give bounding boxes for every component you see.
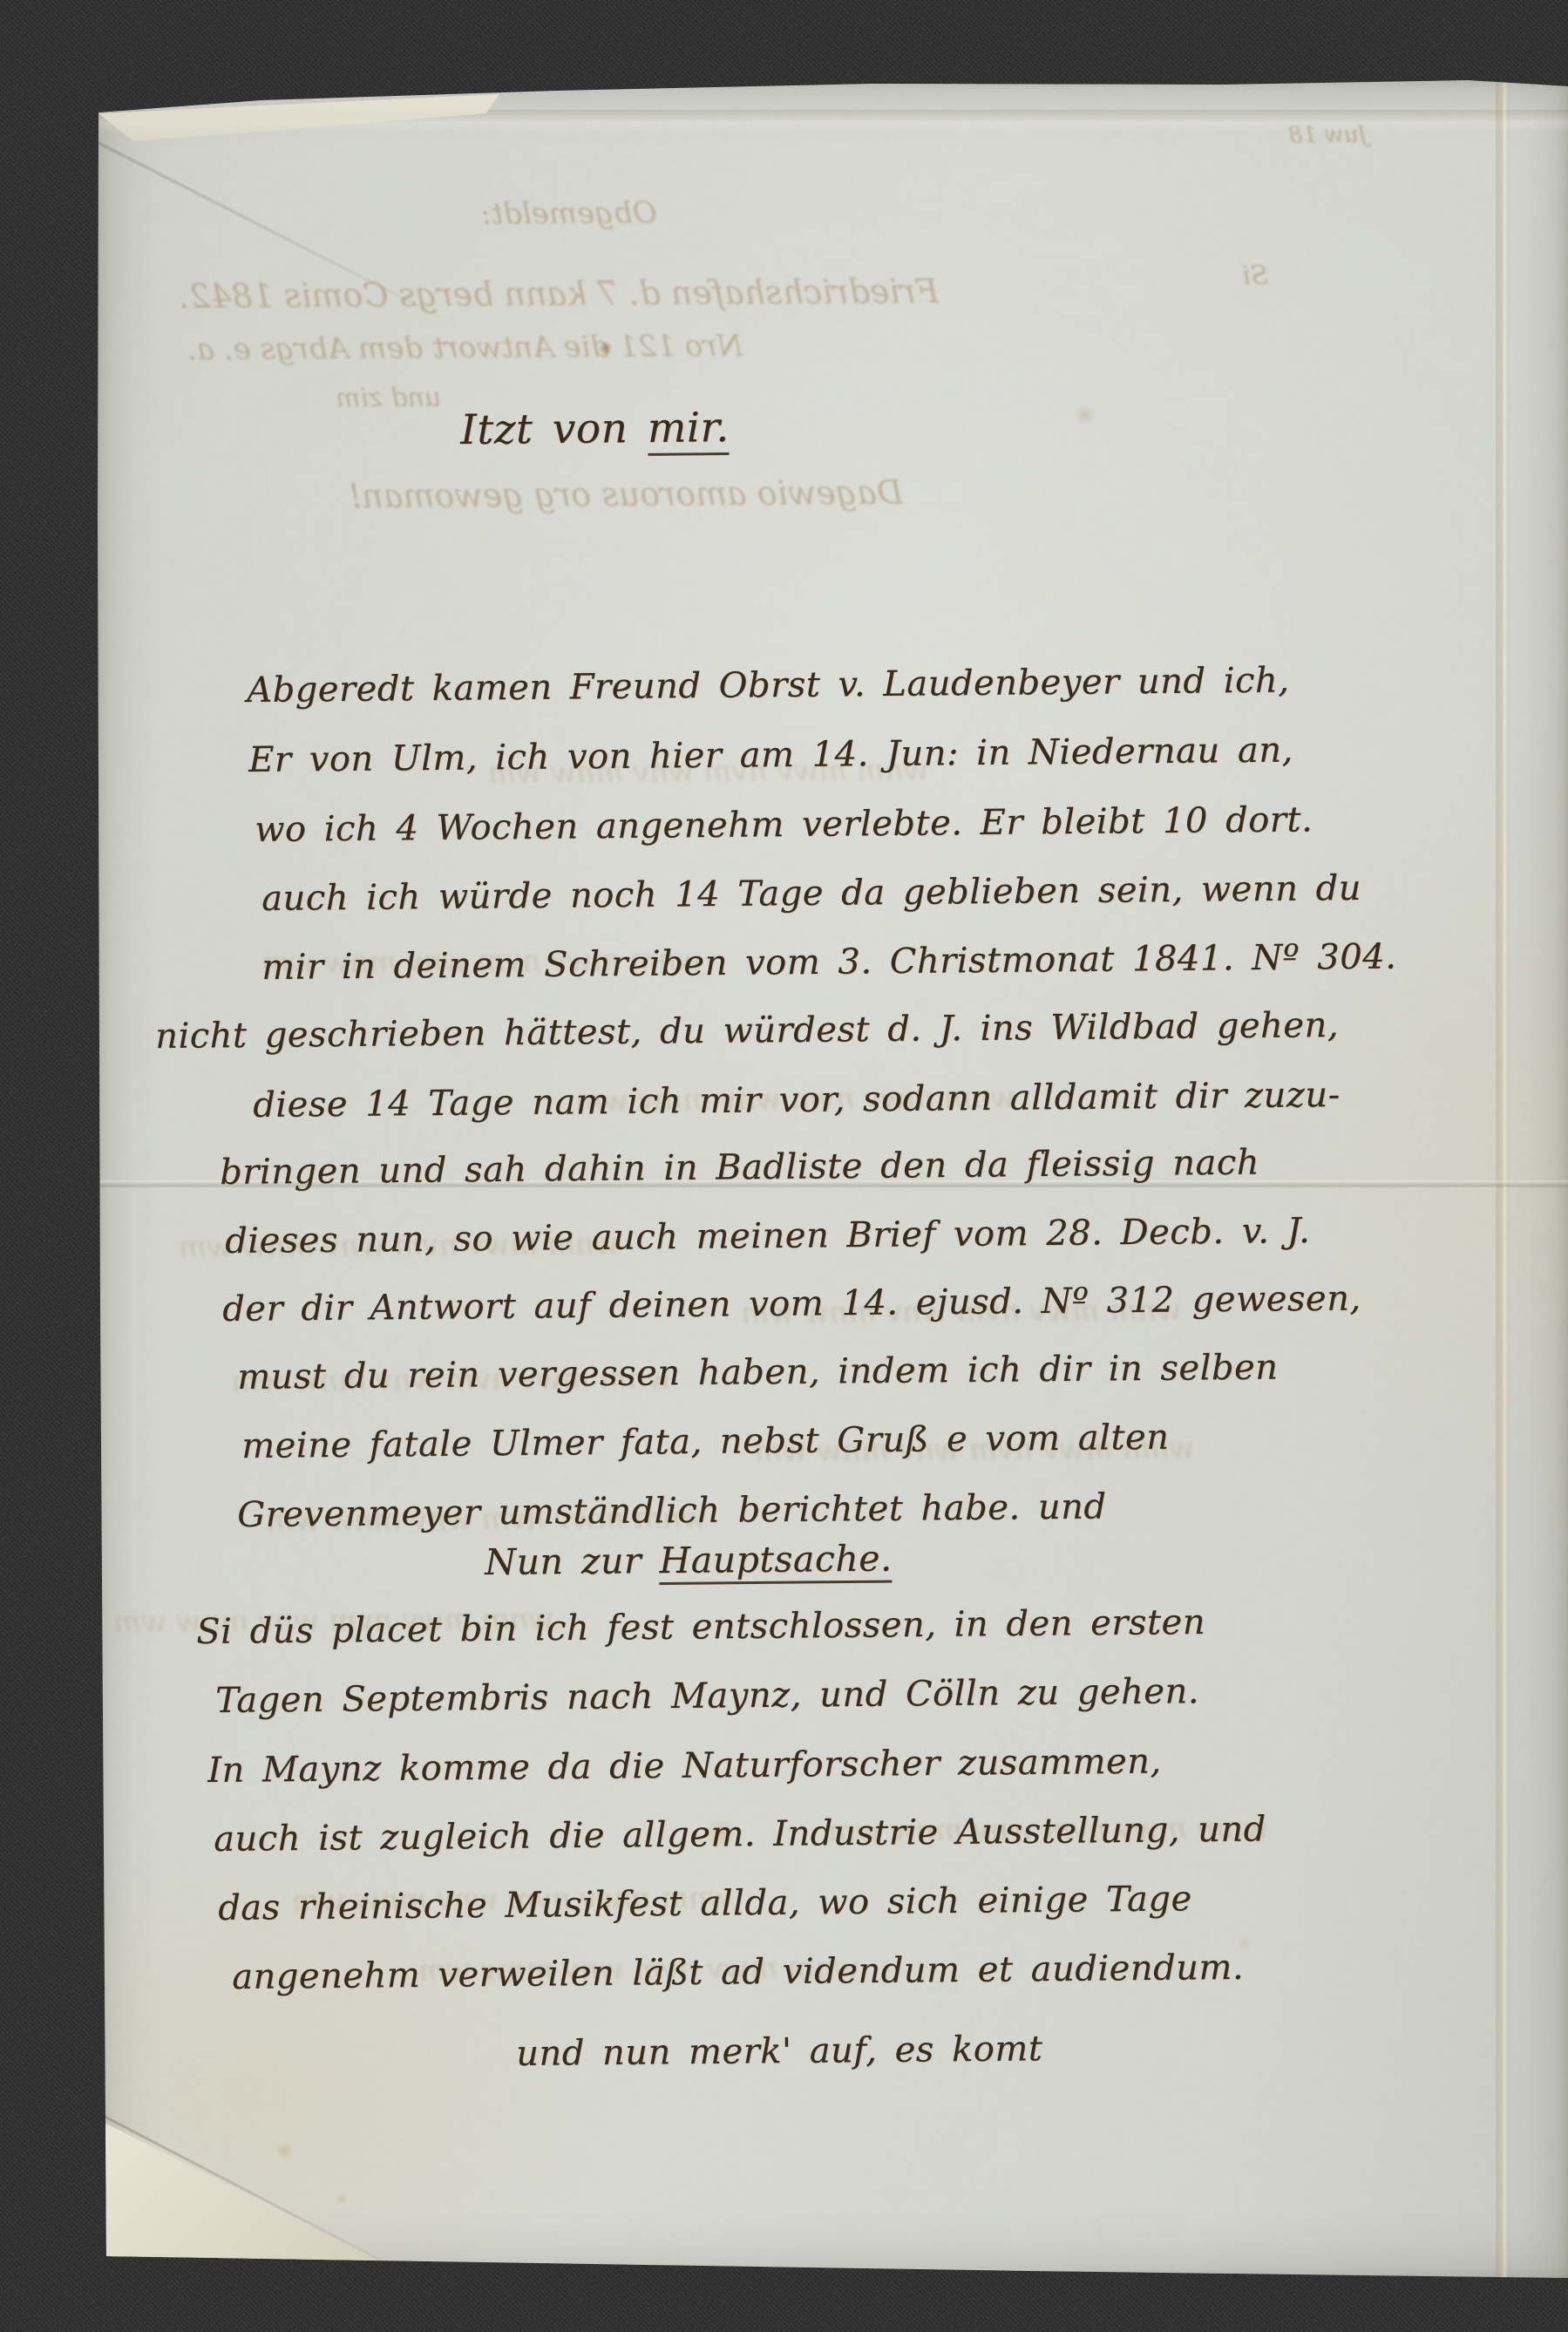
handwriting-line: Er von Ulm, ich von hier am 14. Jun: in …	[248, 732, 1293, 778]
bleedthrough-line: Nro 121 die Antwort dem Abrgs e. a.	[187, 331, 743, 364]
handwriting-line: Tagen Septembris nach Maynz, und Cölln z…	[215, 1674, 1199, 1718]
handwriting-line: In Maynz komme da die Naturforscher zusa…	[207, 1744, 1162, 1788]
handwriting-line: auch ist zugleich die allgem. Industrie …	[214, 1812, 1266, 1857]
bleedthrough-line: Friedrichshafen d. 7 kann bergs Comis 18…	[179, 275, 939, 313]
handwriting-line: der dir Antwort auf deinen vom 14. ejusd…	[222, 1281, 1361, 1327]
paper-stain	[1072, 406, 1098, 424]
handwriting-line: mir in deinem Schreiben vom 3. Christmon…	[261, 940, 1397, 985]
handwriting-line: bringen und sah dahin in Badliste den da…	[220, 1146, 1259, 1190]
handwriting-line: wo ich 4 Wochen angenehm verlebte. Er bl…	[255, 802, 1313, 847]
handwriting-line: auch ich würde noch 14 Tage da geblieben…	[261, 871, 1361, 916]
subheading-underlined-word: Hauptsache.	[659, 1538, 892, 1586]
handwriting-line: diese 14 Tage nam ich mir vor, sodann al…	[253, 1078, 1341, 1123]
paper-stain	[335, 2193, 349, 2205]
letter-paper: Juw 18 Obgemeldt: Friedrichshafen d. 7 k…	[0, 0, 1568, 2332]
handwriting-line: Abgeredt kamen Freund Obrst v. Laudenbey…	[247, 663, 1290, 708]
handwriting-line: must du rein vergessen haben, indem ich …	[237, 1350, 1279, 1395]
handwriting-line: meine fatale Ulmer fata, nebst Gruß e vo…	[241, 1420, 1170, 1464]
handwriting-line: Grevenmeyer umständlich berichtet habe. …	[237, 1489, 1107, 1533]
handwriting-line: das rheinische Musikfest allda, wo sich …	[218, 1881, 1192, 1926]
letter-heading: Itzt von mir.	[460, 407, 730, 451]
heading-underlined-word: mir.	[648, 404, 730, 456]
bleedthrough-line: Obgemeldt:	[481, 198, 657, 228]
bleedthrough-line: Juw 18	[1288, 124, 1368, 147]
bleedthrough-line: Dagewio amorous org gewoman!	[349, 476, 904, 513]
vertical-fold-crease	[1496, 78, 1510, 2280]
bleedthrough-line: und zim	[336, 385, 441, 412]
letter-subheading: Nun zur Hauptsache.	[485, 1541, 893, 1581]
handwriting-line: Si düs placet bin ich fest entschlossen,…	[196, 1605, 1205, 1649]
handwriting-line: dieses nun, so wie auch meinen Brief vom…	[225, 1214, 1310, 1259]
heading-text: Itzt von	[460, 405, 648, 454]
paper-stain	[274, 2143, 295, 2159]
scan-canvas: Juw 18 Obgemeldt: Friedrichshafen d. 7 k…	[0, 0, 1568, 2332]
handwriting-closing-line: und nun merk' auf, es komt	[516, 2031, 1043, 2071]
handwriting-line: angenehm verweilen läßt ad videndum et a…	[232, 1950, 1244, 1995]
bleedthrough-line: Si	[1242, 263, 1268, 289]
subheading-text: Nun zur	[485, 1540, 660, 1583]
